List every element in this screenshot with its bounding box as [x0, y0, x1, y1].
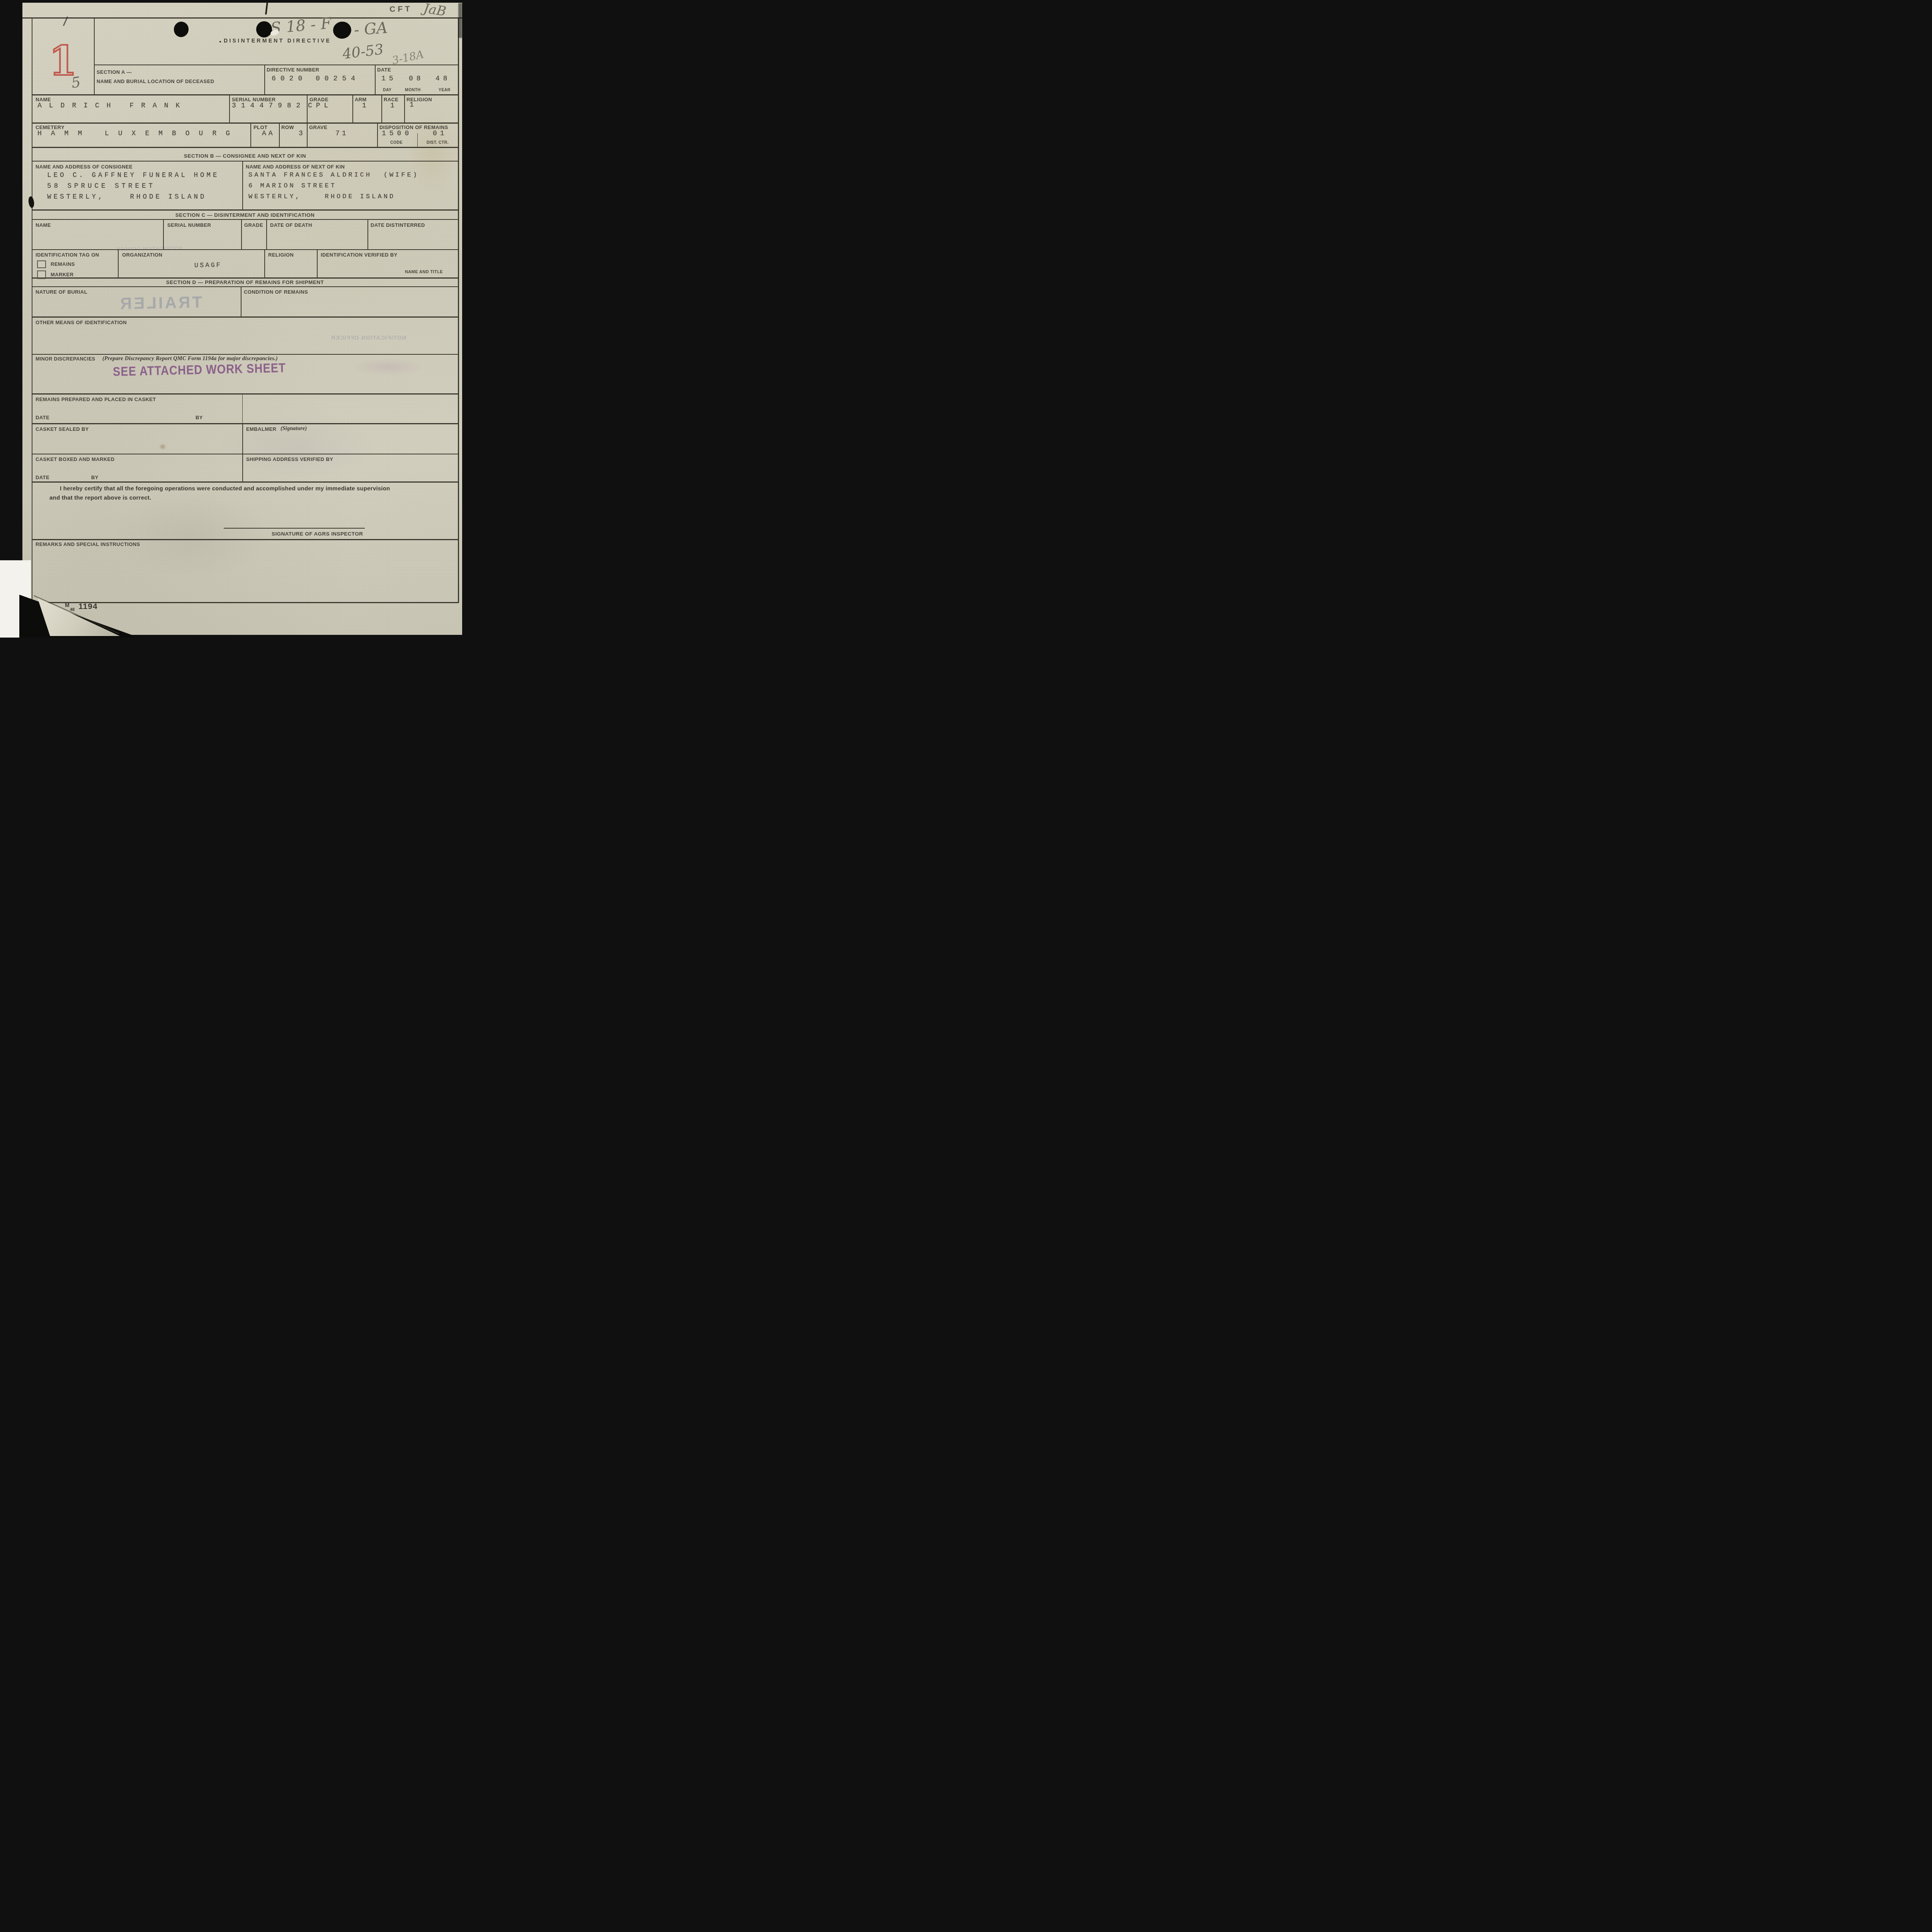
- nok-line3: WESTERLY, RHODE ISLAND: [248, 193, 395, 201]
- certification-line1: I hereby certify that all the foregoing …: [60, 485, 390, 492]
- divider: [32, 286, 459, 287]
- divider: [32, 393, 459, 395]
- nok-line2: 6 MARION STREET: [248, 182, 337, 190]
- cemetery-label: CEMETERY: [36, 124, 65, 130]
- divider: [32, 161, 459, 162]
- section-b-heading: SECTION B — CONSIGNEE AND NEXT OF KIN: [32, 153, 458, 159]
- serial-number-value: 31447982: [232, 102, 305, 110]
- form-top-border: [22, 17, 462, 19]
- plot-value: AA: [262, 130, 275, 138]
- divider: [241, 219, 242, 249]
- disposition-code-value: 1500: [382, 130, 412, 138]
- divider: [375, 65, 376, 94]
- date-disinterred-label: DATE DISTINTERRED: [371, 222, 425, 228]
- race-value: 1: [390, 102, 395, 110]
- divider: [242, 423, 243, 454]
- marker-checkbox: [37, 270, 46, 279]
- arm-label: ARM: [355, 97, 367, 102]
- date-year-value: 48: [435, 75, 451, 83]
- divider: [279, 122, 280, 147]
- organization-label: ORGANIZATION: [122, 252, 162, 258]
- divider: [317, 249, 318, 277]
- sc-name-label: NAME: [36, 222, 51, 228]
- sc-serial-label: SERIAL NUMBER: [167, 222, 211, 228]
- code-label: CODE: [390, 140, 403, 145]
- cemetery-value: HAMM LUXEMBOURG: [37, 130, 239, 138]
- divider: [32, 122, 459, 124]
- by-label-1: BY: [196, 415, 203, 420]
- divider: [163, 219, 164, 249]
- section-d-heading: SECTION D — PREPARATION OF REMAINS FOR S…: [32, 279, 458, 285]
- divider: [352, 94, 353, 122]
- date-label-2: DATE: [36, 474, 49, 480]
- bleedthrough-officer-text: NOTIFICATION OFFICER: [331, 335, 406, 341]
- divider: [404, 94, 405, 122]
- divider: [377, 122, 378, 147]
- embalmer-signature-note: (Signature): [281, 426, 307, 432]
- divider: [381, 94, 382, 122]
- hole-punch-2: [256, 21, 272, 37]
- consignee-label: NAME AND ADDRESS OF CONSIGNEE: [36, 164, 133, 170]
- nok-line1: SANTA FRANCES ALDRICH (WIFE): [248, 172, 419, 179]
- section-c-heading: SECTION C — DISINTERMENT AND IDENTIFICAT…: [32, 212, 458, 218]
- cft-stamp: CFT: [389, 4, 412, 14]
- race-label: RACE: [384, 97, 398, 102]
- grave-value: 71: [335, 130, 349, 138]
- casket-boxed-label: CASKET BOXED AND MARKED: [36, 456, 114, 462]
- divider: [32, 454, 459, 454]
- other-means-label: OTHER MEANS OF IDENTIFICATION: [36, 320, 127, 325]
- nature-of-burial-label: NATURE OF BURIAL: [36, 289, 87, 295]
- form-left-border: [32, 17, 32, 603]
- minor-discrepancies-label: MINOR DISCREPANCIES: [36, 356, 95, 362]
- signature-line: [224, 528, 365, 529]
- grade-value: CPL: [308, 102, 332, 110]
- svg-text:1: 1: [50, 39, 75, 80]
- shipping-address-label: SHIPPING ADDRESS VERIFIED BY: [246, 456, 333, 462]
- bleedthrough-trailer-text: TRAILER: [118, 293, 202, 313]
- form-right-border: [458, 17, 459, 603]
- consignee-line1: LEO C. GAFFNEY FUNERAL HOME: [47, 172, 219, 179]
- divider: [32, 539, 459, 540]
- divider: [32, 94, 459, 95]
- remains-checkbox: [37, 260, 46, 268]
- divider: [32, 481, 459, 483]
- plot-label: PLOT: [253, 124, 267, 130]
- religion-value: 1: [410, 101, 414, 109]
- directive-number-label: DIRECTIVE NUMBER: [267, 67, 319, 73]
- torn-edge-top-right: [458, 3, 462, 38]
- minor-discrepancies-note: (Prepare Discrepancy Report QMC Form 119…: [102, 355, 278, 362]
- id-verified-by-label: IDENTIFICATION VERIFIED BY: [321, 252, 398, 258]
- arm-value: 1: [362, 102, 366, 110]
- divider: [242, 454, 243, 481]
- date-month-value: 08: [409, 75, 424, 83]
- marker-checkbox-label: MARKER: [51, 272, 73, 277]
- serial-number-label: SERIAL NUMBER: [232, 97, 276, 102]
- by-label-2: BY: [91, 474, 99, 480]
- divider: [242, 393, 243, 423]
- stain-brown-dot: [159, 444, 166, 450]
- divider: [94, 17, 95, 94]
- divider: [242, 161, 243, 209]
- form-title: DISINTERMENT DIRECTIVE: [224, 37, 331, 44]
- dist-ctr-label: DIST. CTR.: [427, 140, 449, 145]
- condition-of-remains-label: CONDITION OF REMAINS: [244, 289, 308, 295]
- month-label: MONTH: [405, 88, 421, 92]
- divider: [241, 286, 241, 316]
- divider: [32, 147, 459, 148]
- divider: [32, 219, 459, 220]
- sc-grade-label: GRADE: [244, 222, 263, 228]
- form-number: 1194: [78, 602, 98, 611]
- date-label: DATE: [377, 67, 391, 73]
- hw-file-number-suffix: - GA: [354, 19, 388, 39]
- disposition-label: DISPOSITION OF REMAINS: [379, 124, 448, 130]
- divider: [118, 249, 119, 277]
- stain-gray-large: [112, 491, 270, 580]
- row-value: 3: [299, 130, 303, 138]
- divider: [229, 94, 230, 122]
- title-speck: [219, 41, 221, 43]
- casket-sealed-by-label: CASKET SEALED BY: [36, 426, 89, 432]
- section-a-heading-line2: NAME AND BURIAL LOCATION OF DECEASED: [97, 78, 214, 84]
- name-and-title-label: NAME AND TITLE: [366, 270, 443, 274]
- id-tag-on-label: IDENTIFICATION TAG ON: [36, 252, 99, 258]
- divider: [32, 316, 459, 318]
- date-of-death-label: DATE OF DEATH: [270, 222, 312, 228]
- embalmer-label: EMBALMER: [246, 426, 276, 432]
- divider: [264, 249, 265, 277]
- next-of-kin-label: NAME AND ADDRESS OF NEXT OF KIN: [246, 164, 345, 170]
- divider: [307, 94, 308, 122]
- remains-checkbox-label: REMAINS: [51, 261, 75, 267]
- grade-label: GRADE: [310, 97, 328, 102]
- name-value: ALDRICH FRANK: [37, 102, 187, 110]
- sc-religion-label: RELIGION: [268, 252, 294, 258]
- divider: [32, 249, 459, 250]
- row-label: ROW: [281, 124, 294, 130]
- divider: [32, 354, 459, 355]
- stain-purple-bleed: [355, 359, 421, 375]
- organization-value: USAGF: [194, 262, 222, 269]
- certification-line2: and that the report above is correct.: [49, 495, 151, 501]
- divider: [417, 133, 418, 147]
- divider: [307, 122, 308, 147]
- bleedthrough-officer-text-2: NOTIFICATION OFFICER: [116, 245, 182, 252]
- signature-of-inspector-label: SIGNATURE OF AGRS INSPECTOR: [272, 531, 363, 537]
- divider: [250, 122, 251, 147]
- name-label: NAME: [36, 97, 51, 102]
- divider: [266, 219, 267, 249]
- disposition-dist-value: 01: [433, 130, 447, 138]
- remains-prepared-label: REMAINS PREPARED AND PLACED IN CASKET: [36, 396, 156, 402]
- date-label-1: DATE: [36, 415, 49, 420]
- grave-label: GRAVE: [309, 124, 327, 130]
- consignee-line2: 58 SPRUCE STREET: [47, 182, 155, 190]
- form-number-prefix: M: [65, 602, 70, 608]
- year-label: YEAR: [439, 88, 451, 92]
- red-copy-number: 1: [50, 39, 75, 80]
- divider: [264, 65, 265, 94]
- date-day-value: 15: [381, 75, 397, 83]
- divider: [32, 423, 459, 424]
- section-a-heading-line1: SECTION A —: [97, 69, 132, 75]
- remarks-label: REMARKS AND SPECIAL INSTRUCTIONS: [36, 541, 140, 547]
- directive-number-value: 6020 00254: [272, 75, 360, 83]
- day-label: DAY: [383, 88, 391, 92]
- divider: [367, 219, 368, 249]
- divider: [32, 209, 459, 211]
- divider: [32, 277, 459, 279]
- consignee-line3: WESTERLY, RHODE ISLAND: [47, 193, 207, 201]
